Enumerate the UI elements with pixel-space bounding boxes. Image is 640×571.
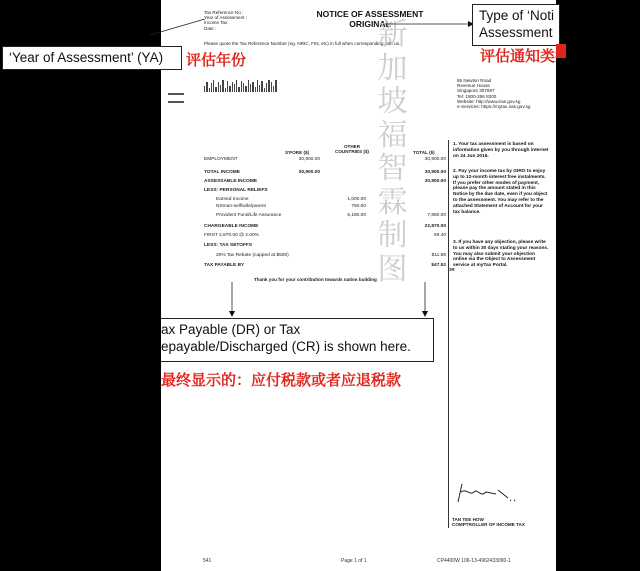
notice-type-line: Assessment <box>479 24 559 41</box>
annotation-lines <box>0 0 640 571</box>
arrow-down-icon <box>422 311 428 317</box>
red-marker <box>556 44 566 58</box>
notice-type-callout: Type of ‘Noti Assessment <box>472 4 560 46</box>
ya-cn-label: 评估年份 <box>186 49 246 70</box>
payable-callout: ax Payable (DR) or Tax epayable/Discharg… <box>161 318 434 362</box>
notice-type-cn-label: 评估通知类型 <box>480 45 556 66</box>
payable-line: ax Payable (DR) or Tax <box>161 321 433 338</box>
ya-callout: ‘Year of Assessment’ (YA) <box>2 46 182 70</box>
arrow-down-icon <box>229 311 235 317</box>
notice-type-line: Type of ‘Noti <box>479 7 559 24</box>
right-margin <box>556 58 640 571</box>
payable-line: epayable/Discharged (CR) is shown here. <box>161 338 433 355</box>
payable-cn-label: 最终显示的：应付税款或者应退税款 <box>161 369 401 390</box>
